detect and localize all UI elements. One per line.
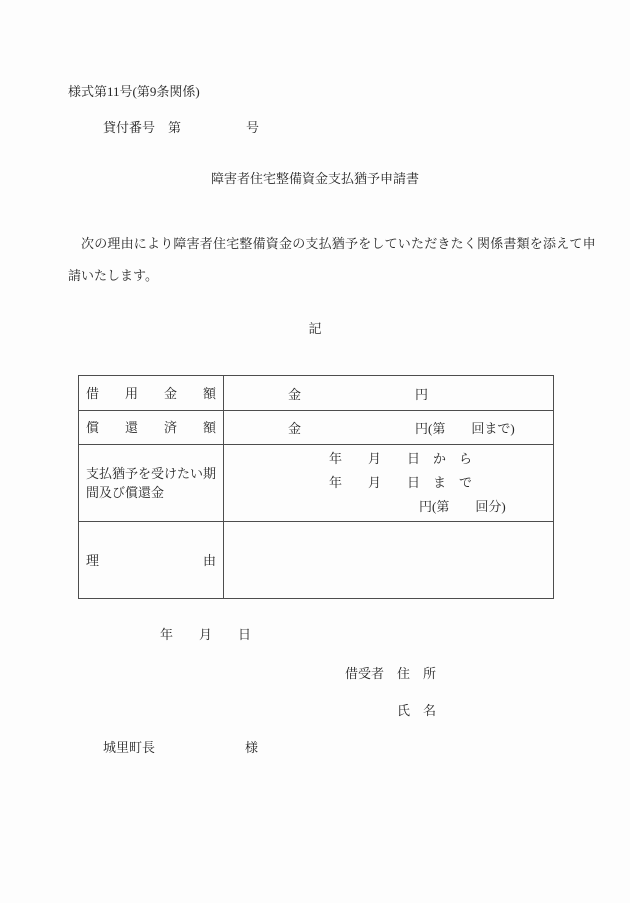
date-line: 年 月 日 (160, 624, 251, 643)
body-paragraph-line-2: 請いたします。 (68, 265, 158, 284)
table-row-borrowed-amount: 借用金額 金円 (79, 376, 554, 411)
document-title: 障害者住宅整備資金支払猶予申請書 (0, 168, 630, 187)
form-number: 様式第11号(第9条関係) (68, 81, 200, 100)
application-form-page: 様式第11号(第9条関係) 貸付番号 第 号 障害者住宅整備資金支払猶予申請書 … (0, 0, 630, 903)
repayment-line: 円(第 回分) (419, 495, 553, 519)
repaid-amount-label: 償還済額 (79, 411, 224, 445)
application-details-table: 借用金額 金円 償還済額 金円(第 回まで) 支払猶予を受けたい期間及び償還金 … (78, 375, 554, 599)
addressee-mayor: 城里町長 (103, 737, 155, 756)
period-from-line: 年 月 日 か ら (329, 447, 553, 471)
reason-value-cell (224, 522, 554, 599)
amount-prefix: 金 (288, 418, 301, 437)
record-marker: 記 (0, 318, 630, 337)
table-row-deferment-period: 支払猶予を受けたい期間及び償還金 年 月 日 か ら 年 月 日 ま で 円(第… (79, 445, 554, 522)
borrowed-amount-label: 借用金額 (79, 376, 224, 411)
amount-prefix: 金 (288, 384, 301, 403)
period-to-line: 年 月 日 ま で (329, 471, 553, 495)
deferment-period-value-cell: 年 月 日 か ら 年 月 日 ま で 円(第 回分) (224, 445, 554, 522)
loan-number-line: 貸付番号 第 号 (103, 117, 259, 136)
borrower-address-line: 借受者 住 所 (345, 663, 436, 682)
addressee-honorific: 様 (245, 737, 258, 756)
amount-suffix: 円 (415, 384, 428, 403)
table-row-repaid-amount: 償還済額 金円(第 回まで) (79, 411, 554, 445)
repaid-amount-value-cell: 金円(第 回まで) (224, 411, 554, 445)
reason-label: 理由 (79, 522, 224, 599)
amount-suffix: 円(第 回まで) (415, 418, 515, 437)
deferment-period-label: 支払猶予を受けたい期間及び償還金 (79, 445, 224, 522)
borrower-name-line: 氏 名 (397, 700, 436, 719)
body-paragraph-line-1: 次の理由により障害者住宅整備資金の支払猶予をしていただきたく関係書類を添えて申 (68, 233, 596, 252)
borrowed-amount-value-cell: 金円 (224, 376, 554, 411)
table-row-reason: 理由 (79, 522, 554, 599)
